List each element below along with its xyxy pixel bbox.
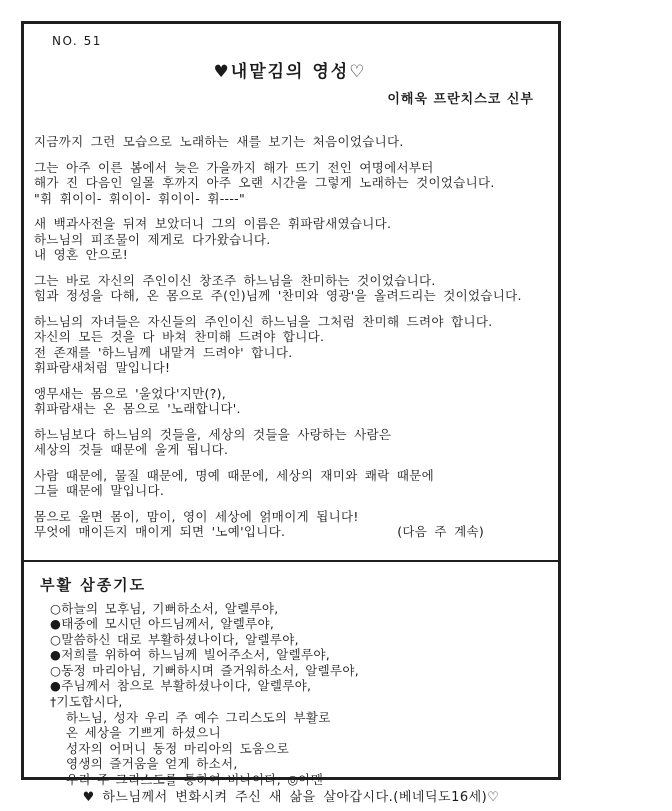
paragraph: 사람 때문에, 물질 때문에, 명예 때문에, 세상의 재미와 쾌락 때문에그들… xyxy=(34,468,546,499)
text-line: 그는 아주 이른 봄에서 늦은 가을까지 해가 뜨기 전인 여명에서부터 xyxy=(34,160,546,176)
text-line: 하느님의 피조물이 제게로 다가왔습니다. xyxy=(34,232,546,248)
paragraph: 하느님의 자녀들은 자신들의 주인이신 하느님을 그처럼 찬미해 드려야 합니다… xyxy=(34,314,546,376)
text-line: 휘파람새는 온 몸으로 '노래합니다'. xyxy=(34,401,546,417)
prayer-line: ○하늘의 모후님, 기뻐하소서, 알렐루야, xyxy=(50,601,546,617)
text-line: 힘과 정성을 다해, 온 몸으로 주(인)님께 '찬미와 영광'을 올려드리는 … xyxy=(34,288,546,304)
text-line: "휘 휘이이- 휘이이- 휘이이- 휘----" xyxy=(34,191,546,207)
paragraph: 새 백과사전을 뒤져 보았더니 그의 이름은 휘파람새였습니다.하느님의 피조물… xyxy=(34,216,546,263)
paragraph: 하느님보다 하느님의 것들을, 세상의 것들을 사랑하는 사람은세상의 것들 때… xyxy=(34,427,546,458)
text-line: 새 백과사전을 뒤져 보았더니 그의 이름은 휘파람새였습니다. xyxy=(34,216,546,232)
text-line: 사람 때문에, 물질 때문에, 명예 때문에, 세상의 재미와 쾌락 때문에 xyxy=(34,468,546,484)
text-line: 자신의 모든 것을 다 바쳐 찬미해 드려야 합니다. xyxy=(34,329,546,345)
prayer-line: †기도합시다, xyxy=(50,694,546,710)
paragraph: 그는 바로 자신의 주인이신 창조주 하느님을 찬미하는 것이었습니다.힘과 정… xyxy=(34,273,546,304)
article-last-line: 무엇에 매이든지 매이게 되면 '노예'입니다. (다음 주 계속) xyxy=(34,524,546,540)
footer-motto: ♥ 하느님께서 변화시켜 주신 새 삶을 살아갑시다.(베네딕도16세)♡ xyxy=(21,786,561,805)
text-line: 하느님의 자녀들은 자신들의 주인이신 하느님을 그처럼 찬미해 드려야 합니다… xyxy=(34,314,546,330)
prayer-collect: 하느님, 성자 우리 주 예수 그리스도의 부활로온 세상을 기쁘게 하셨으니성… xyxy=(34,710,546,788)
paragraph: 그는 아주 이른 봄에서 늦은 가을까지 해가 뜨기 전인 여명에서부터해가 진… xyxy=(34,160,546,207)
prayer-line: ●저희를 위하여 하느님께 빌어주소서, 알렐루야, xyxy=(50,647,546,663)
prayer-collect-line: 성자의 어머니 동정 마리아의 도움으로 xyxy=(66,741,546,757)
text-line: 그들 때문에 말입니다. xyxy=(34,483,546,499)
prayer-line: ○말씀하신 대로 부활하셨나이다, 알렐루야, xyxy=(50,632,546,648)
prayer-line: ○동정 마리아님, 기뻐하시며 즐거워하소서, 알렐루야, xyxy=(50,663,546,679)
text-line: 지금까지 그런 모습으로 노래하는 새를 보기는 처음이었습니다. xyxy=(34,134,546,150)
document-border-box: NO. 51 ♥내맡김의 영성♡ 이해욱 프란치스코 신부 지금까지 그런 모습… xyxy=(21,21,561,780)
author-byline: 이해욱 프란치스코 신부 xyxy=(34,88,546,107)
paragraph: 지금까지 그런 모습으로 노래하는 새를 보기는 처음이었습니다. xyxy=(34,134,546,150)
paragraph: 앵무새는 몸으로 '울었다'지만(?),휘파람새는 온 몸으로 '노래합니다'. xyxy=(34,386,546,417)
text-line: 휘파람새처럼 말입니다! xyxy=(34,360,546,376)
section-divider xyxy=(24,560,558,562)
prayer-heading: 부활 삼종기도 xyxy=(40,574,546,595)
bulletin-page: NO. 51 ♥내맡김의 영성♡ 이해욱 프란치스코 신부 지금까지 그런 모습… xyxy=(0,0,672,811)
prayer-line: ●주님께서 참으로 부활하셨나이다, 알렐루야, xyxy=(50,678,546,694)
paragraph: 몸으로 울면 몸이, 맘이, 영이 세상에 얽매이게 됩니다! xyxy=(34,509,546,525)
text-line: 하느님보다 하느님의 것들을, 세상의 것들을 사랑하는 사람은 xyxy=(34,427,546,443)
prayer-collect-line: 하느님, 성자 우리 주 예수 그리스도의 부활로 xyxy=(66,710,546,726)
prayer-collect-line: 영생의 즐거움을 얻게 하소서, xyxy=(66,756,546,772)
last-line-text: 무엇에 매이든지 매이게 되면 '노예'입니다. xyxy=(34,524,285,540)
prayer-responsory: ○하늘의 모후님, 기뻐하소서, 알렐루야,●태중에 모시던 아드님께서, 알렐… xyxy=(34,601,546,710)
issue-number: NO. 51 xyxy=(52,34,546,48)
prayer-line: ●태중에 모시던 아드님께서, 알렐루야, xyxy=(50,616,546,632)
text-line: 세상의 것들 때문에 울게 됩니다. xyxy=(34,442,546,458)
text-line: 앵무새는 몸으로 '울었다'지만(?), xyxy=(34,386,546,402)
continued-note: (다음 주 계속) xyxy=(397,524,484,540)
prayer-section: 부활 삼종기도 ○하늘의 모후님, 기뻐하소서, 알렐루야,●태중에 모시던 아… xyxy=(34,574,546,788)
text-line: 전 존재를 '하느님께 내맡겨 드려야' 합니다. xyxy=(34,345,546,361)
text-line: 그는 바로 자신의 주인이신 창조주 하느님을 찬미하는 것이었습니다. xyxy=(34,273,546,289)
prayer-collect-line: 온 세상을 기쁘게 하셨으니 xyxy=(66,725,546,741)
article-title: ♥내맡김의 영성♡ xyxy=(34,57,546,82)
article-body: 지금까지 그런 모습으로 노래하는 새를 보기는 처음이었습니다.그는 아주 이… xyxy=(34,134,546,524)
text-line: 몸으로 울면 몸이, 맘이, 영이 세상에 얽매이게 됩니다! xyxy=(34,509,546,525)
text-line: 내 영혼 안으로! xyxy=(34,247,546,263)
text-line: 해가 진 다음인 일몰 후까지 아주 오랜 시간을 그렇게 노래하는 것이었습니… xyxy=(34,175,546,191)
